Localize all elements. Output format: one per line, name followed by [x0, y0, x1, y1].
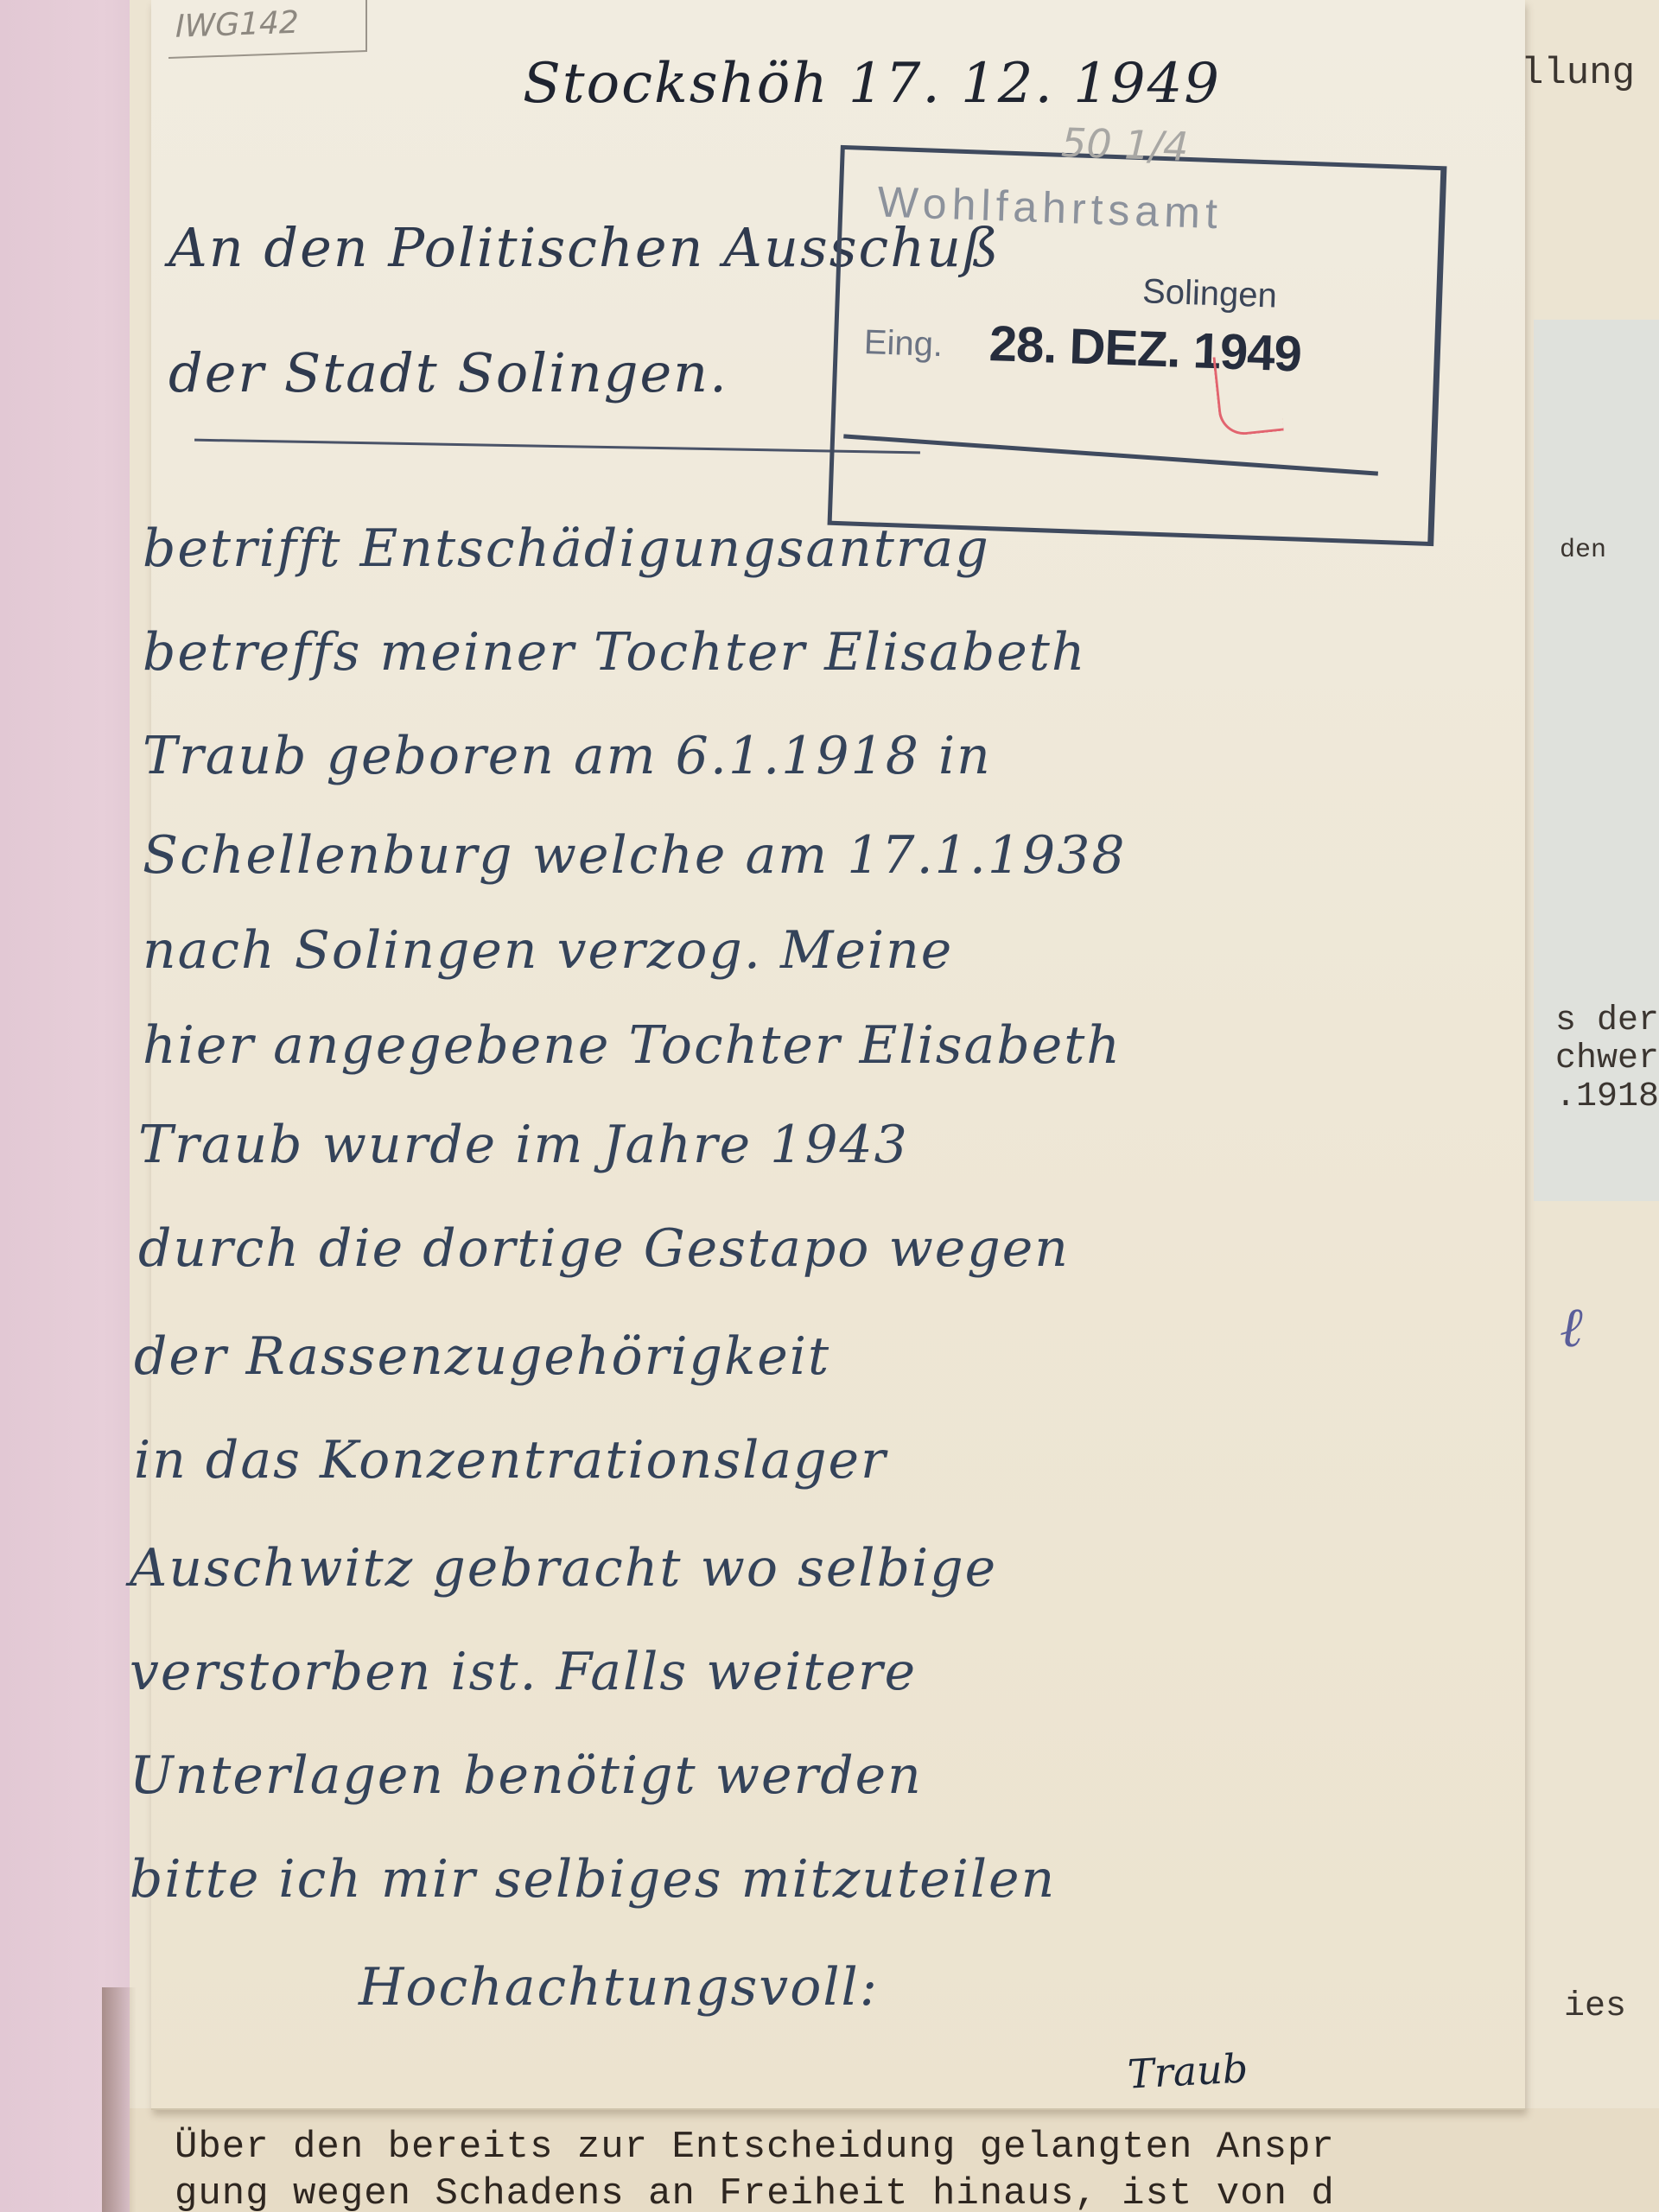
- stamp-label: Eing.: [863, 323, 944, 365]
- body-line: Unterlagen benötigt werden: [130, 1745, 923, 1806]
- body-line: betreffs meiner Tochter Elisabeth: [143, 622, 1087, 683]
- stamp-reference: 50 1/4: [1060, 119, 1189, 170]
- archive-label: IWG142: [168, 0, 367, 59]
- body-line: der Rassenzugehörigkeit: [134, 1326, 830, 1387]
- body-line: bitte ich mir selbiges mitzuteilen: [130, 1849, 1056, 1910]
- fragment-text: chwer: [1555, 1040, 1659, 1078]
- place-date: Stockshöh 17. 12. 1949: [523, 52, 1221, 116]
- fragment-block: s der chwer .1918: [1555, 1002, 1659, 1116]
- fragment-text: ies: [1564, 1987, 1626, 2026]
- body-line: Traub wurde im Jahre 1943: [138, 1115, 909, 1175]
- initial-mark: ℓ: [1560, 1296, 1583, 1360]
- body-line: betrifft Entschädigungsantrag: [143, 518, 990, 579]
- addressee-line-2: der Stadt Solingen.: [168, 341, 728, 404]
- typed-page-bottom: Über den bereits zur Entscheidung gelang…: [130, 2108, 1659, 2212]
- closing: Hochachtungsvoll:: [359, 1957, 879, 2018]
- stamp-city: Solingen: [1141, 272, 1277, 315]
- red-check-mark-icon: [1212, 351, 1283, 437]
- body-line: nach Solingen verzog. Meine: [143, 920, 953, 981]
- body-line: in das Konzentrationslager: [134, 1430, 887, 1491]
- fragment-text: llung: [1521, 52, 1635, 95]
- body-line: Schellenburg welche am 17.1.1938: [143, 825, 1127, 886]
- body-line: hier angegebene Tochter Elisabeth: [143, 1015, 1122, 1076]
- fragment-text: s der: [1555, 1002, 1659, 1040]
- handwritten-letter: IWG142 Stockshöh 17. 12. 1949 An den Pol…: [151, 0, 1525, 2110]
- signature: Traub: [1127, 2044, 1249, 2097]
- fragment-text: .1918: [1555, 1078, 1659, 1116]
- binding-shadow: [102, 1987, 137, 2212]
- stamp-office: Wohlfahrtsamt: [877, 176, 1224, 238]
- fragment-text: den: [1560, 536, 1606, 565]
- received-stamp: 50 1/4 Wohlfahrtsamt Solingen Eing. 28. …: [828, 145, 1447, 546]
- body-line: durch die dortige Gestapo wegen: [138, 1218, 1070, 1279]
- address-underline: [194, 439, 920, 454]
- body-line: Traub geboren am 6.1.1918 in: [143, 726, 992, 786]
- body-line: verstorben ist. Falls weitere: [130, 1642, 917, 1702]
- typed-line: gung wegen Schadens an Freiheit hinaus, …: [175, 2172, 1335, 2212]
- stamp-rule: [843, 434, 1378, 475]
- typed-line: Über den bereits zur Entscheidung gelang…: [175, 2126, 1335, 2169]
- body-line: Auschwitz gebracht wo selbige: [130, 1538, 997, 1599]
